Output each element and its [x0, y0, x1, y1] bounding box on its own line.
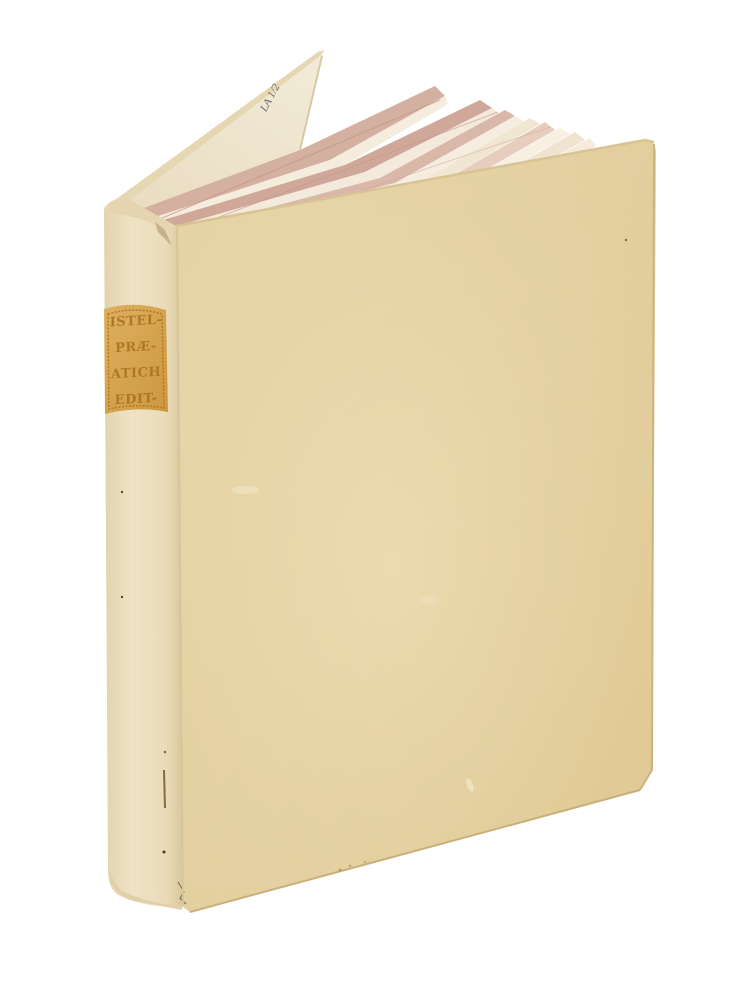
front-cover — [176, 140, 656, 912]
book-photo — [0, 0, 745, 1000]
spine-label — [104, 305, 168, 414]
spine — [104, 198, 186, 910]
